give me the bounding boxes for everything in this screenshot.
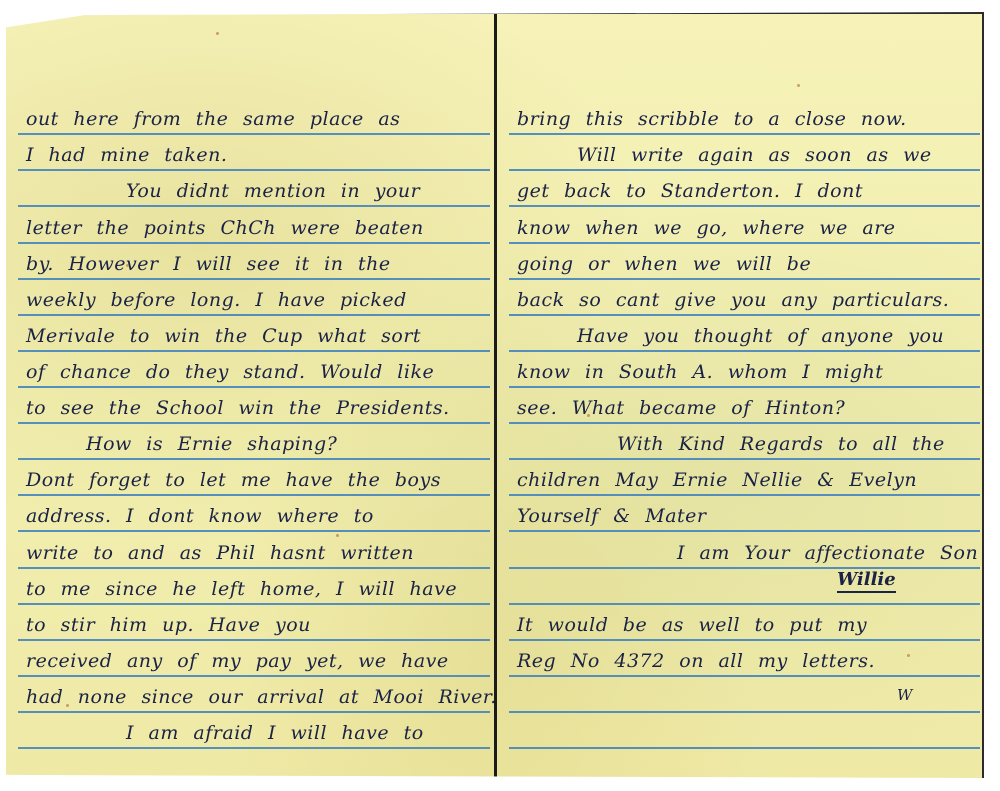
paper-speck [797,84,800,87]
paper-speck [587,414,590,417]
paper-speck [66,704,69,707]
letter-line: going or when we will be [517,249,974,279]
letter-paper: out here from the same place as I had mi… [6,12,984,778]
letter-line: With Kind Regards to all the [517,429,974,459]
letter-line: I had mine taken. [26,140,484,170]
letter-line: to stir him up. Have you [26,610,484,640]
letter-line: It would be as well to put my [517,610,974,640]
left-page: out here from the same place as I had mi… [6,14,494,778]
letter-line: I am afraid I will have to [26,718,484,748]
letter-line: Reg No 4372 on all my letters. [517,646,974,676]
letter-line: Dont forget to let me have the boys [26,465,484,495]
letter-line: get back to Standerton. I dont [517,176,974,206]
letter-line: Have you thought of anyone you [517,321,974,351]
letter-line: to me since he left home, I will have [26,574,484,604]
letter-line: see. What became of Hinton? [517,393,974,423]
ruled-line [509,747,980,749]
ruled-line [509,603,980,605]
letter-line: Yourself & Mater [517,501,974,531]
letter-line: Merivale to win the Cup what sort [26,321,484,351]
letter-line: children May Ernie Nellie & Evelyn [517,465,974,495]
initial-mark: W [897,686,912,704]
paper-speck [907,654,910,657]
letter-line: know when we go, where we are [517,213,974,243]
paper-speck [126,264,129,267]
letter-line: know in South A. whom I might [517,357,974,387]
right-page: bring this scribble to a close now. Will… [497,14,984,778]
letter-line: letter the points ChCh were beaten [26,213,484,243]
ruled-line [509,711,980,713]
letter-line: How is Ernie shaping? [26,429,484,459]
letter-line: by. However I will see it in the [26,249,484,279]
letter-line: Will write again as soon as we [517,140,974,170]
letter-line: out here from the same place as [26,104,484,134]
paper-speck [216,32,219,35]
letter-line: of chance do they stand. Would like [26,357,484,387]
letter-line: I am Your affectionate Son [517,538,974,568]
letter-line: back so cant give you any particulars. [517,285,974,315]
letter-line: weekly before long. I have picked [26,285,484,315]
scanned-letter: out here from the same place as I had mi… [0,0,1000,791]
letter-line: You didnt mention in your [26,176,484,206]
letter-line: write to and as Phil hasnt written [26,538,484,568]
letter-line: address. I dont know where to [26,501,484,531]
signature: Willie [837,569,896,593]
letter-line: received any of my pay yet, we have [26,646,484,676]
paper-speck [336,534,339,537]
letter-line: had none since our arrival at Mooi River… [26,682,484,712]
letter-line: bring this scribble to a close now. [517,104,974,134]
letter-line: to see the School win the Presidents. [26,393,484,423]
